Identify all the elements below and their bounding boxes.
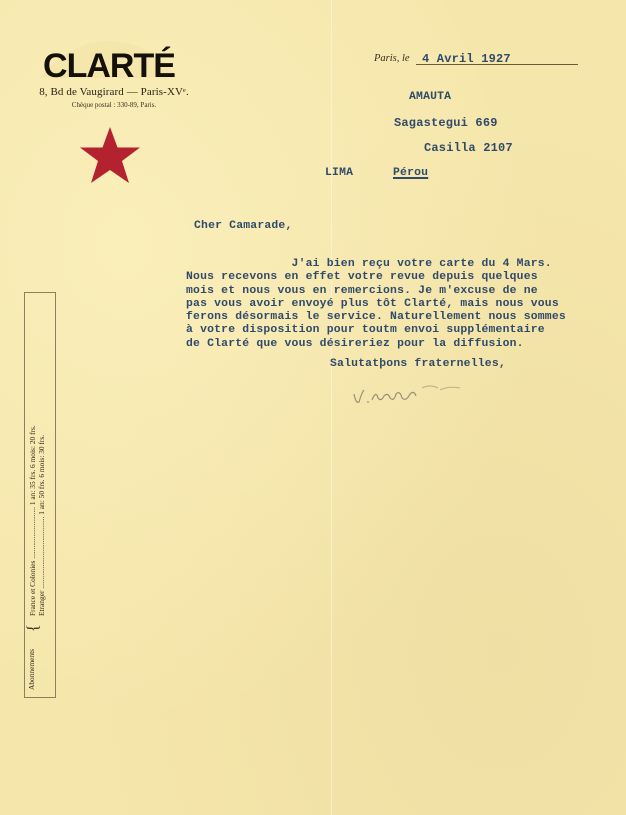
body-line: à votre disposition pour toutm envoi sup… xyxy=(186,324,566,337)
handwritten-signature xyxy=(350,380,470,415)
subscription-label: Abonnements xyxy=(27,649,36,690)
date-value: 4 Avril 1927 xyxy=(422,52,511,66)
salutation: Cher Camarade, xyxy=(194,220,293,232)
letter-paper xyxy=(0,0,626,815)
letterhead-cheque-postal: Chèque postal : 330-89, Paris. xyxy=(24,101,204,109)
body-line: J'ai bien reçu votre carte du 4 Mars. xyxy=(186,258,566,271)
body-line: ferons désormais le service. Naturelleme… xyxy=(186,311,566,324)
recipient-street: Sagastegui 669 xyxy=(394,116,498,130)
recipient-city: LIMA xyxy=(325,167,353,179)
body-line: Nous recevons en effet votre revue depui… xyxy=(186,271,566,284)
subscription-row-etranger: Etranger ...............................… xyxy=(37,435,46,616)
subscription-rates: Abonnements { France et Colonies .......… xyxy=(39,294,69,694)
svg-text:CLARTÉ: CLARTÉ xyxy=(43,47,175,80)
body-line: de Clarté que vous désireriez pour la di… xyxy=(186,338,566,351)
clarte-logo: CLARTÉ xyxy=(38,40,180,80)
letter-body: J'ai bien reçu votre carte du 4 Mars.Nou… xyxy=(186,258,566,351)
body-line: pas vous avoir envoyé plus tôt Clarté, m… xyxy=(186,298,566,311)
body-line: mois et nous vous en remercions. Je m'ex… xyxy=(186,285,566,298)
paper-fold-line xyxy=(331,0,332,815)
red-star-icon xyxy=(78,125,142,190)
closing: Salutatþons fraternelles, xyxy=(330,358,506,370)
recipient-name: AMAUTA xyxy=(409,91,451,103)
brace-icon: { xyxy=(26,624,42,632)
recipient-country: Pérou xyxy=(393,167,428,179)
recipient-box: Casilla 2107 xyxy=(424,141,513,155)
subscription-row-france: France et Colonies .....................… xyxy=(28,425,37,616)
date-prefix: Paris, le xyxy=(374,53,410,64)
letterhead-address: 8, Bd de Vaugirard — Paris-XVᵉ. xyxy=(24,86,204,98)
